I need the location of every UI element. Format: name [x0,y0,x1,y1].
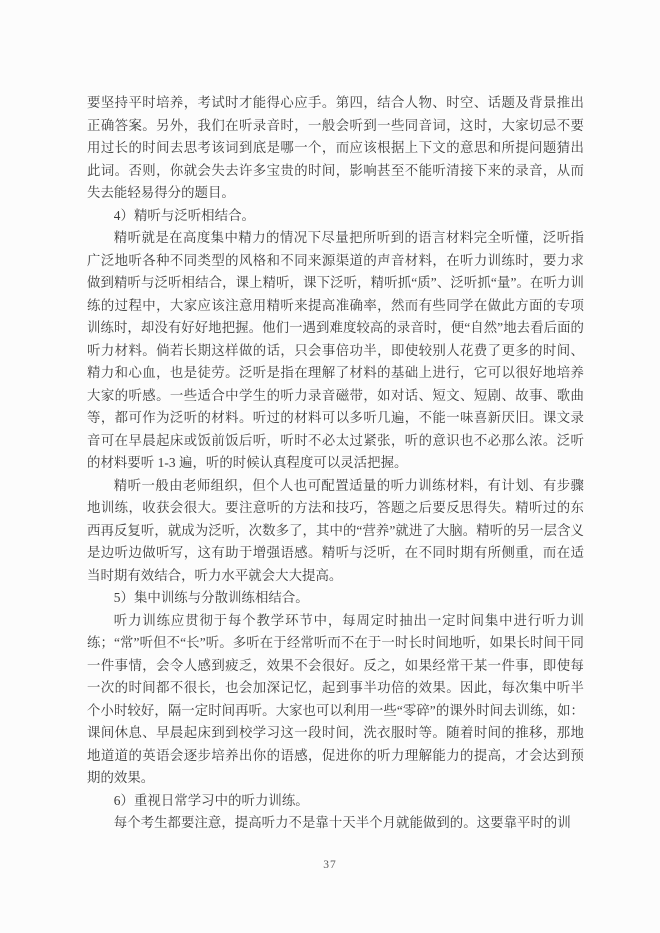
paragraph-continuation: 要坚持平时培养，考试时才能得心应手。第四，结合人物、时空、话题及背景推出正确答案… [87,92,584,205]
paragraph-concentrated-distributed-training: 听力训练应贯彻于每个教学环节中，每周定时抽出一定时间集中进行听力训练；“常”听但… [87,610,584,790]
page-body-text: 要坚持平时培养，考试时才能得心应手。第四，结合人物、时空、话题及背景推出正确答案… [87,92,584,835]
section-heading-4: 4）精听与泛听相结合。 [87,205,584,228]
paragraph-daily-study-listening: 每个考生都要注意，提高听力不是靠十天半个月就能做到的。这要靠平时的训 [87,812,584,835]
document-page: 要坚持平时培养，考试时才能得心应手。第四，结合人物、时空、话题及背景推出正确答案… [0,0,660,933]
paragraph-intensive-listening-practice: 精听一般由老师组织，但个人也可配置适量的听力训练材料，有计划、有步骤地训练，收获… [87,475,584,588]
paragraph-intensive-extensive-listening: 精听就是在高度集中精力的情况下尽量把所听到的语言材料完全听懂，泛听指广泛地听各种… [87,227,584,475]
section-heading-5: 5）集中训练与分散训练相结合。 [87,587,584,610]
page-number: 37 [0,859,660,871]
section-heading-6: 6）重视日常学习中的听力训练。 [87,790,584,813]
